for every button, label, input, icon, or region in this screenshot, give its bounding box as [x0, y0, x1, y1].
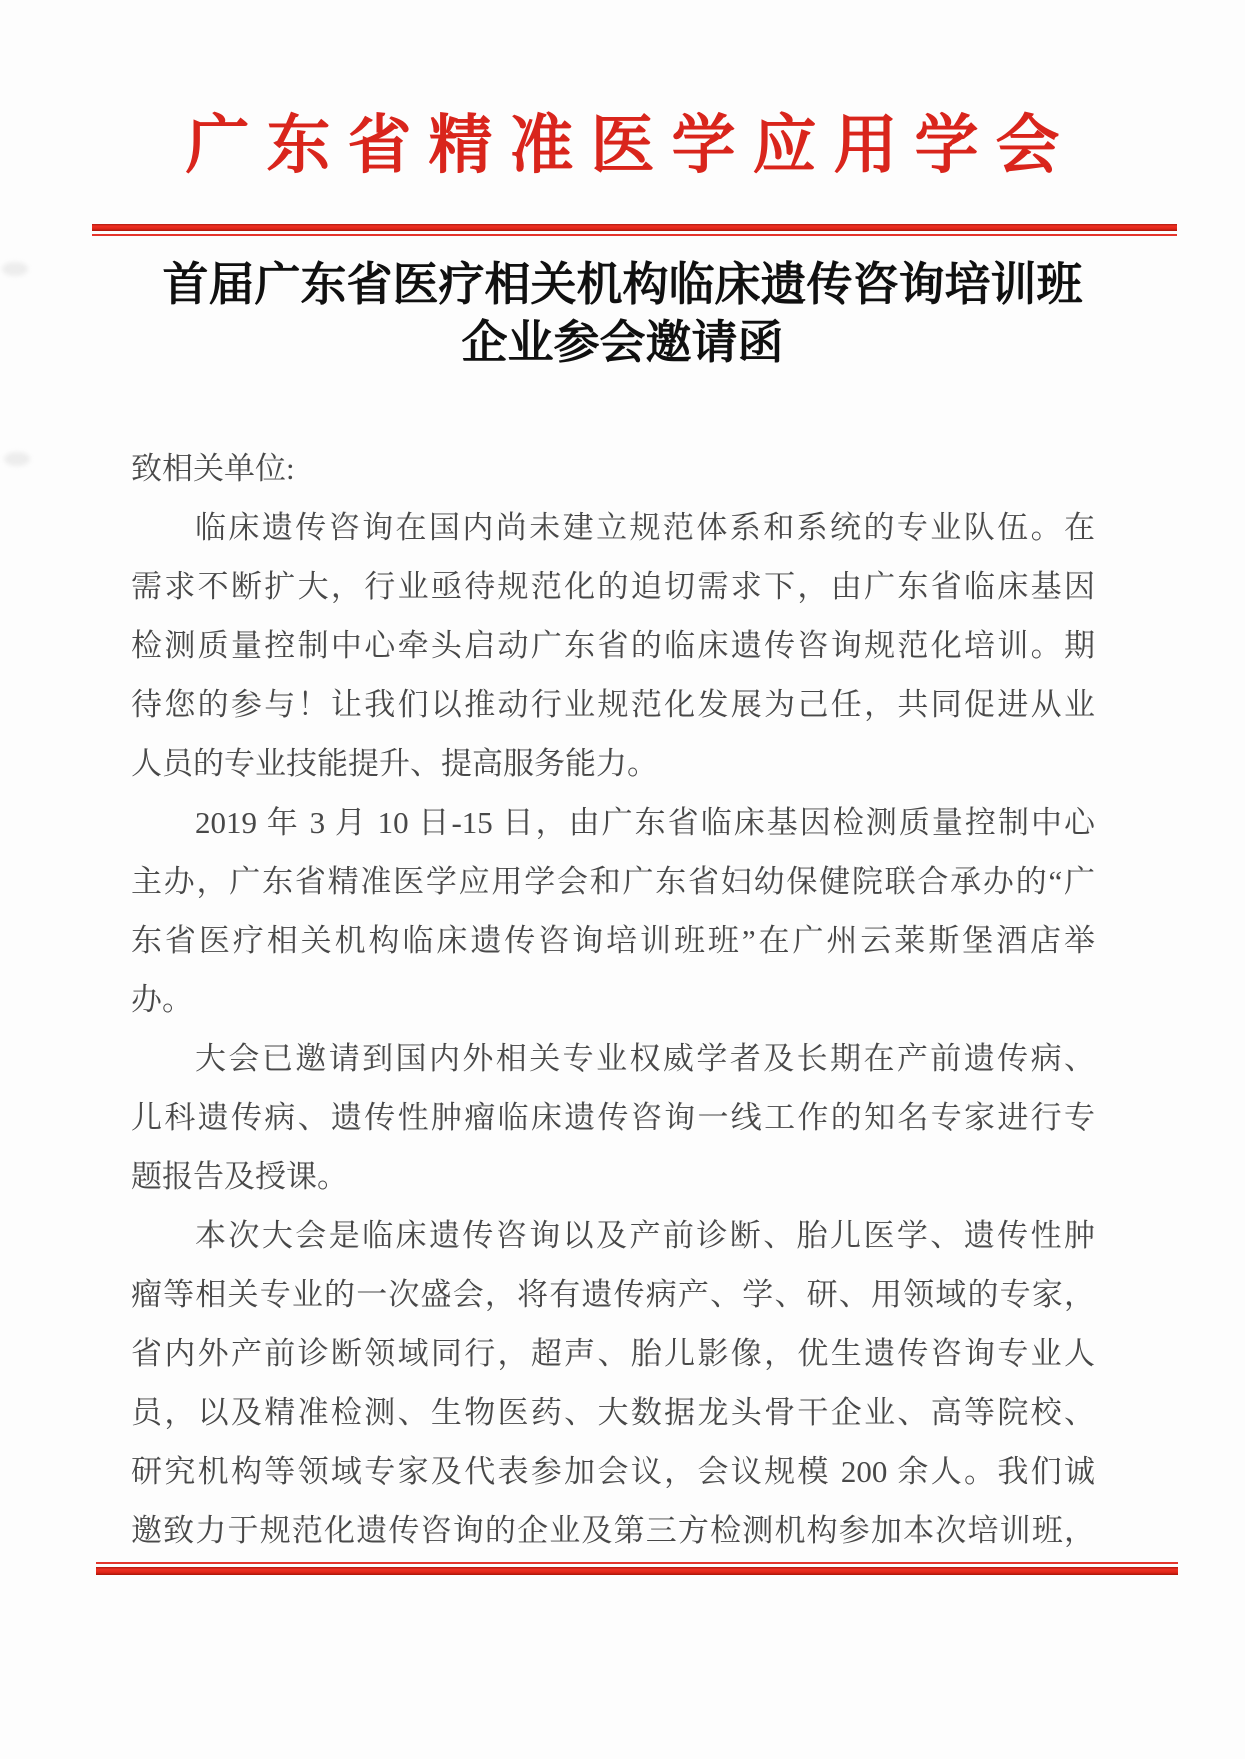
divider-thick-bar — [96, 1567, 1178, 1575]
document-title-line1: 首届广东省医疗相关机构临床遗传咨询培训班 — [0, 256, 1245, 314]
document-title-line2: 企业参会邀请函 — [0, 314, 1245, 372]
body-line: 需求不断扩大，行业亟待规范化的迫切需求下，由广东省临床基因 — [131, 557, 1095, 616]
body-line: 题报告及授课。 — [131, 1147, 1095, 1206]
body-line: 检测质量控制中心牵头启动广东省的临床遗传咨询规范化培训。期 — [131, 616, 1095, 675]
body-line: 瘤等相关专业的一次盛会，将有遗传病产、学、研、用领域的专家， — [131, 1265, 1095, 1324]
scan-artifact — [2, 262, 28, 276]
body-line: 本次大会是临床遗传咨询以及产前诊断、胎儿医学、遗传性肿 — [131, 1206, 1095, 1265]
body-line: 主办，广东省精准医学应用学会和广东省妇幼保健院联合承办的“广 — [131, 852, 1095, 911]
document-page: 广东省精准医学应用学会 首届广东省医疗相关机构临床遗传咨询培训班 企业参会邀请函… — [0, 0, 1245, 1759]
body-line: 2019 年 3 月 10 日-15 日，由广东省临床基因检测质量控制中心 — [131, 793, 1095, 852]
body-line: 邀致力于规范化遗传咨询的企业及第三方检测机构参加本次培训班， — [131, 1501, 1095, 1560]
body-line: 临床遗传咨询在国内尚未建立规范体系和系统的专业队伍。在 — [131, 498, 1095, 557]
body-line: 人员的专业技能提升、提高服务能力。 — [131, 734, 1095, 793]
body-line: 办。 — [131, 970, 1095, 1029]
footer-divider — [96, 1562, 1178, 1575]
body-line: 大会已邀请到国内外相关专业权威学者及长期在产前遗传病、 — [131, 1029, 1095, 1088]
document-title: 首届广东省医疗相关机构临床遗传咨询培训班 企业参会邀请函 — [0, 256, 1245, 372]
organization-letterhead: 广东省精准医学应用学会 — [0, 0, 1245, 192]
divider-thin-bar — [92, 234, 1177, 236]
body-line: 东省医疗相关机构临床遗传咨询培训班班”在广州云莱斯堡酒店举 — [131, 911, 1095, 970]
body-line: 研究机构等领域专家及代表参加会议，会议规模 200 余人。我们诚 — [131, 1442, 1095, 1501]
letterhead-divider — [92, 224, 1177, 236]
body-line: 员，以及精准检测、生物医药、大数据龙头骨干企业、高等院校、 — [131, 1383, 1095, 1442]
salutation: 致相关单位: — [131, 439, 1095, 498]
body-line: 待您的参与！让我们以推动行业规范化发展为己任，共同促进从业 — [131, 675, 1095, 734]
body-line: 儿科遗传病、遗传性肿瘤临床遗传咨询一线工作的知名专家进行专 — [131, 1088, 1095, 1147]
letter-body: 致相关单位: 临床遗传咨询在国内尚未建立规范体系和系统的专业队伍。在 需求不断扩… — [131, 439, 1095, 1560]
scan-artifact — [4, 452, 30, 466]
divider-thick-bar — [92, 224, 1177, 231]
body-line: 省内外产前诊断领域同行，超声、胎儿影像，优生遗传咨询专业人 — [131, 1324, 1095, 1383]
